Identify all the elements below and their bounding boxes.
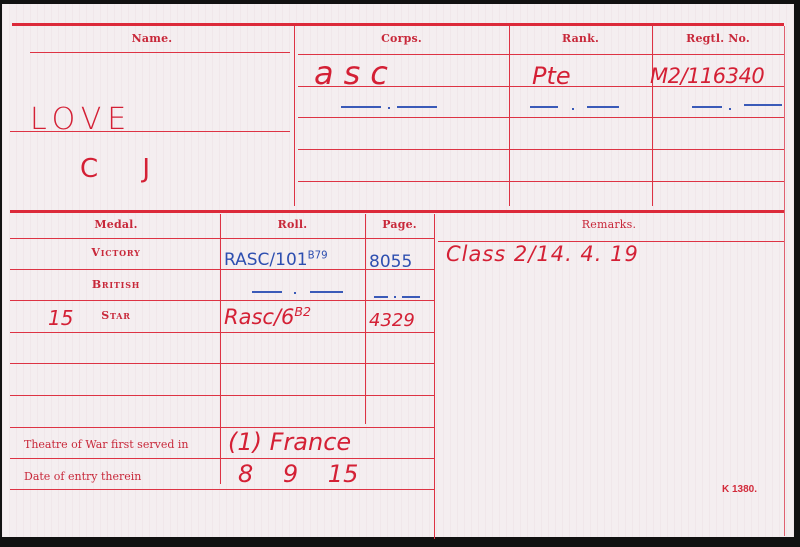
date-entry-label: Date of entry therein (24, 470, 141, 483)
roll-victory-sup: B79 (308, 250, 328, 261)
rule (30, 52, 290, 53)
mid-rule (10, 210, 784, 213)
medal-victory: Victory (12, 246, 220, 259)
roll-victory-text: RASC/101 (224, 250, 308, 270)
ditto-mark (572, 108, 574, 110)
rule (10, 427, 434, 428)
theatre-value: (1) France (228, 428, 351, 456)
divider (365, 214, 366, 424)
divider (509, 26, 510, 206)
surname: LOVE (30, 102, 132, 137)
roll-star-sup: B2 (294, 304, 311, 319)
divider (294, 26, 295, 206)
rank-header: Rank. (509, 32, 652, 45)
medal-british: British (12, 278, 220, 291)
rule (10, 238, 434, 239)
ditto-mark (744, 104, 782, 106)
rule (10, 363, 434, 364)
date-entry-value: 8 9 15 (238, 460, 358, 488)
remarks-text: Class 2/14. 4. 19 (446, 242, 639, 266)
form-number: K 1380. (722, 484, 757, 495)
ditto-mark (252, 291, 282, 293)
medal-header: Medal. (12, 218, 220, 231)
rule (298, 149, 784, 150)
ditto-mark (729, 108, 731, 110)
roll-header: Roll. (220, 218, 365, 231)
rule (10, 395, 434, 396)
ditto-mark (388, 107, 390, 109)
initials: C J (80, 154, 168, 184)
ditto-mark (310, 291, 343, 293)
divider (652, 26, 653, 206)
ditto-mark (294, 292, 296, 294)
roll-star: Rasc/6B2 (224, 304, 311, 329)
medal-star: Star (12, 309, 220, 322)
corps-header: Corps. (294, 32, 509, 45)
ditto-mark (402, 296, 420, 298)
regtl-no-header: Regtl. No. (652, 32, 784, 45)
corps-value: asc (314, 54, 398, 92)
right-rule (784, 26, 785, 536)
divider (220, 214, 221, 484)
ditto-mark (530, 106, 558, 108)
page-victory: 8055 (369, 252, 412, 272)
roll-star-text: Rasc/6 (224, 305, 294, 329)
rule (10, 489, 434, 490)
remarks-header: Remarks. (434, 218, 784, 231)
ditto-mark (341, 106, 381, 108)
star-prefix: 15 (48, 306, 73, 330)
ditto-mark (394, 296, 396, 298)
rank-value: Pte (532, 62, 571, 90)
rule (10, 458, 434, 459)
page-star: 4329 (369, 310, 415, 331)
regtl-no-value: M2/116340 (650, 64, 764, 88)
rule (10, 332, 434, 333)
ditto-mark (692, 106, 722, 108)
medal-index-card: Name. Corps. Rank. Regtl. No. LOVE C J a… (2, 4, 796, 537)
rule (298, 181, 784, 182)
name-header: Name. (42, 32, 262, 45)
top-rule (12, 23, 784, 26)
roll-victory: RASC/101B79 (224, 250, 328, 270)
ditto-mark (397, 106, 437, 108)
rule (10, 300, 434, 301)
ditto-mark (374, 296, 388, 298)
ditto-mark (587, 106, 619, 108)
rule (298, 117, 784, 118)
page-header: Page. (365, 218, 434, 231)
theatre-label: Theatre of War first served in (24, 438, 188, 451)
divider (434, 214, 435, 539)
